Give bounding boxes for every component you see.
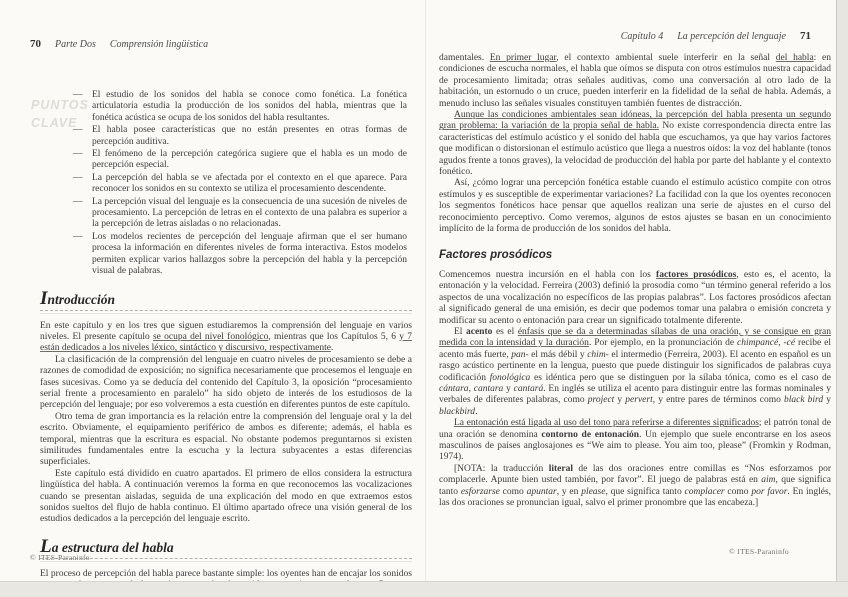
section-heading-estructura-del-habla: La estructura del habla (40, 539, 412, 555)
left-page-number: 70 (30, 38, 41, 50)
section-heading-introduccion: Introducción (40, 291, 412, 307)
left-running-head: 70Parte DosComprensión lingüística (30, 38, 208, 50)
scan-page-edge (836, 0, 848, 597)
key-point-item: La percepción del habla se ve afectada p… (73, 173, 407, 196)
right-page-number: 71 (800, 30, 811, 42)
key-point-item: El fenómeno de la percepción categórica … (73, 149, 407, 172)
running-title-right: La percepción del lenguaje (677, 31, 786, 42)
paragraph: Así, ¿cómo lograr una percepción fonétic… (439, 178, 831, 235)
key-point-item: Los modelos recientes de percepción del … (73, 232, 407, 278)
scan-page-edge (0, 581, 848, 597)
key-point-item: La percepción visual del lenguaje es la … (73, 197, 407, 231)
sub-heading-factores-prosodicos: Factores prosódicos (439, 250, 831, 261)
key-point-item: El estudio de los sonidos del habla se c… (73, 90, 407, 124)
section-rule (40, 558, 412, 562)
right-page-content: damentales. En primer lugar, el contexto… (439, 53, 831, 509)
paragraph: El acento es el énfasis que se da a dete… (439, 327, 831, 418)
right-page: Capítulo 4La percepción del lenguaje71 d… (425, 0, 837, 582)
left-page: 70Parte DosComprensión lingüística Punto… (0, 0, 425, 582)
running-title-left: Comprensión lingüística (110, 39, 208, 50)
running-section: Parte Dos (55, 39, 96, 50)
right-running-head: Capítulo 4La percepción del lenguaje71 (621, 30, 811, 42)
footer-copyright: © ITES-Paraninfo (30, 553, 90, 562)
paragraph: damentales. En primer lugar, el contexto… (439, 53, 831, 110)
paragraph: La entonación está ligada al uso del ton… (439, 418, 831, 464)
paragraph: Comencemos nuestra incursión en el habla… (439, 270, 831, 327)
key-point-item: El habla posee características que no es… (73, 125, 407, 148)
left-page-content: El estudio de los sonidos del habla se c… (40, 90, 412, 582)
section-rule (40, 310, 412, 314)
key-points-list: El estudio de los sonidos del habla se c… (73, 90, 407, 278)
paragraph: [NOTA: la traducción literal de las dos … (439, 464, 831, 510)
footer-copyright: © ITES-Paraninfo (729, 547, 789, 556)
running-chapter: Capítulo 4 (621, 31, 664, 42)
paragraph: Aunque las condiciones ambientales sean … (439, 110, 831, 178)
book-spread: 70Parte DosComprensión lingüística Punto… (0, 0, 848, 597)
paragraph: Este capítulo está dividido en cuatro ap… (40, 469, 412, 526)
paragraph: En este capítulo y en los tres que sigue… (40, 321, 412, 355)
paragraph: Otro tema de gran importancia es la rela… (40, 412, 412, 469)
paragraph: La clasificación de la comprensión del l… (40, 355, 412, 412)
